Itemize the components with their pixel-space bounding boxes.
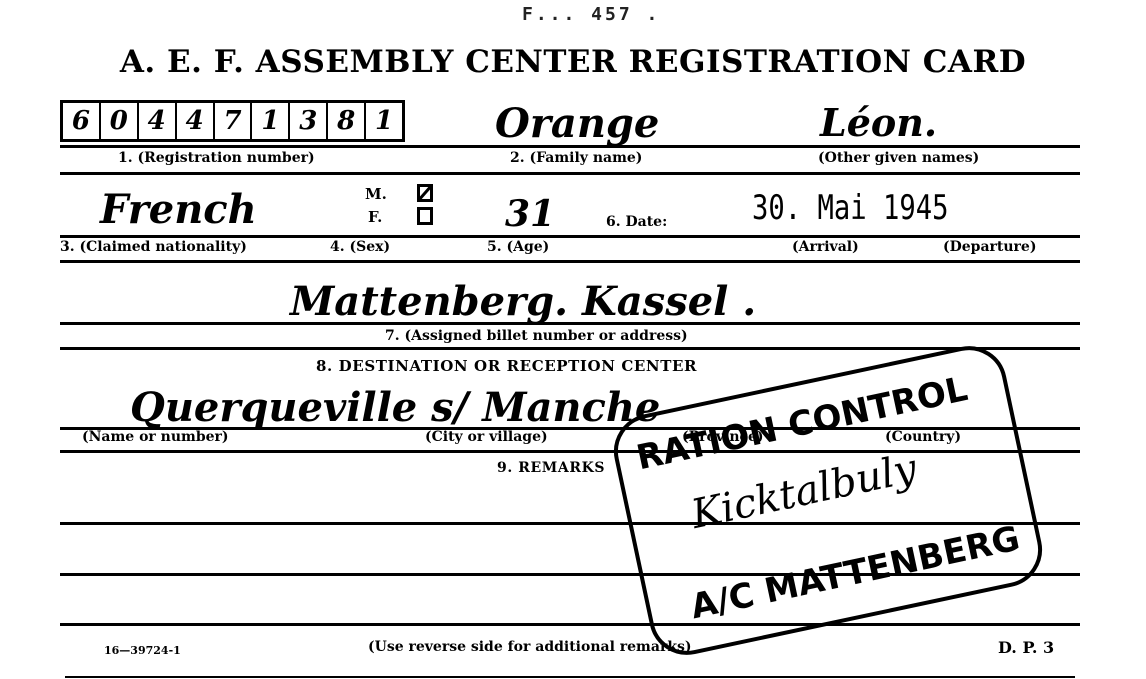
rule — [60, 623, 1080, 626]
age-label: 5. (Age) — [487, 240, 549, 254]
claimed-nationality-label: 3. (Claimed nationality) — [60, 240, 247, 254]
rule — [60, 322, 1080, 325]
billet-label: 7. (Assigned billet number or address) — [385, 329, 688, 343]
other-given-names-value: Léon. — [820, 104, 937, 142]
form-code: D. P. 3 — [998, 640, 1054, 656]
registration-number-label: 1. (Registration number) — [118, 151, 315, 165]
reg-digit: 4 — [139, 103, 177, 139]
check-slash-icon — [417, 184, 433, 202]
reg-digit: 0 — [101, 103, 139, 139]
reg-digit: 7 — [215, 103, 253, 139]
family-name-label: 2. (Family name) — [510, 151, 642, 165]
destination-name-label: (Name or number) — [82, 430, 229, 444]
sex-female-checkbox[interactable] — [417, 207, 433, 225]
form-number: 16—39724-1 — [104, 645, 181, 656]
stamp-bottom-text: A/C MATTENBERG — [687, 519, 1023, 628]
arrival-date-value: 30. Mai 1945 — [752, 188, 949, 228]
destination-value: Querqueville s/ Manche — [130, 388, 660, 428]
reg-digit: 1 — [366, 103, 402, 139]
registration-number-box: 6 0 4 4 7 1 3 8 1 — [60, 100, 405, 142]
departure-label: (Departure) — [943, 240, 1036, 254]
card-title: A. E. F. ASSEMBLY CENTER REGISTRATION CA… — [0, 44, 1146, 80]
destination-heading: 8. DESTINATION OR RECEPTION CENTER — [316, 359, 697, 374]
rule — [60, 235, 1080, 238]
claimed-nationality-value: French — [100, 190, 257, 230]
stamp-signature: Kicktalbuly — [688, 448, 920, 535]
reg-digit: 1 — [252, 103, 290, 139]
sex-female-label: F. — [368, 210, 382, 225]
reg-digit: 6 — [63, 103, 101, 139]
billet-value: Mattenberg. Kassel . — [290, 282, 756, 322]
file-number: F... 457 . — [522, 4, 660, 25]
reg-digit: 4 — [177, 103, 215, 139]
footer-note: (Use reverse side for additional remarks… — [368, 640, 692, 654]
arrival-label: (Arrival) — [792, 240, 859, 254]
destination-city-label: (City or village) — [425, 430, 548, 444]
date-label: 6. Date: — [606, 215, 667, 229]
reg-digit: 8 — [328, 103, 366, 139]
remarks-heading: 9. REMARKS — [497, 461, 605, 475]
stamp-top-text: RATION CONTROL — [633, 369, 971, 478]
sex-label: 4. (Sex) — [330, 240, 390, 254]
bottom-edge-rule — [65, 676, 1075, 678]
reg-digit: 3 — [290, 103, 328, 139]
other-given-names-label: (Other given names) — [818, 151, 979, 165]
sex-male-checkbox[interactable] — [417, 184, 433, 202]
sex-male-label: M. — [365, 187, 387, 202]
rule — [60, 145, 1080, 148]
age-value: 31 — [505, 196, 555, 232]
family-name-value: Orange — [495, 104, 659, 144]
rule — [60, 260, 1080, 263]
rule — [60, 347, 1080, 350]
rule — [60, 172, 1080, 175]
ration-control-stamp: RATION CONTROL Kicktalbuly A/C MATTENBER… — [607, 339, 1049, 662]
